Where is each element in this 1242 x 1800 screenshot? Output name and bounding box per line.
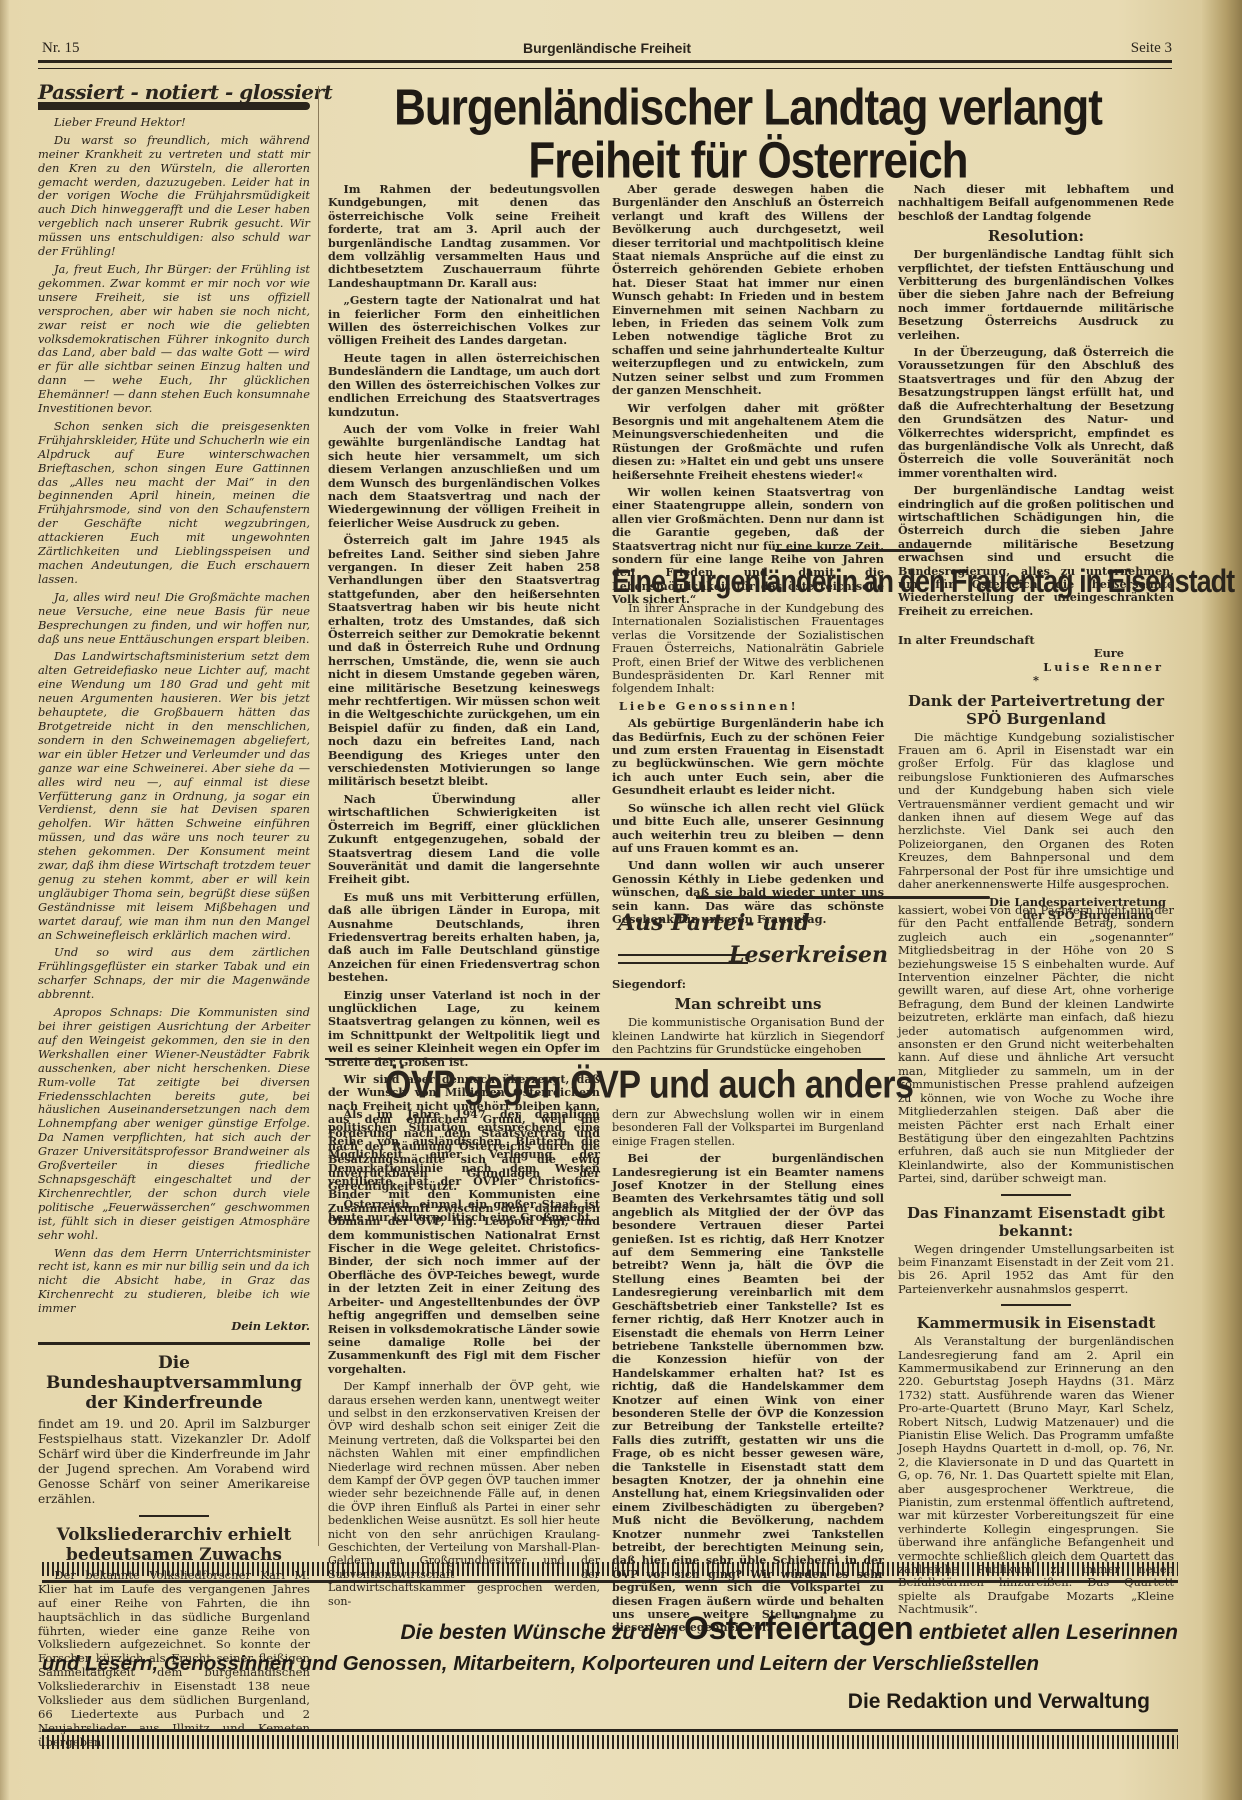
aus-partei-heading: Aus Partei- und Leserkreisen [612, 910, 892, 970]
easter-rule-top [42, 1580, 1178, 1583]
headline-line-2: Freiheit für Österreich [318, 135, 1178, 188]
finanzamt-body: Wegen dringender Umstellungsarbeiten ist… [898, 1243, 1174, 1297]
masthead-rule [38, 60, 1172, 69]
kolumne-paragraph: Apropos Schnaps: Die Kommunisten sind be… [38, 1006, 310, 1242]
main-headline: Burgenländischer Landtag verlangt Freihe… [318, 82, 1178, 188]
short-divider [139, 1515, 209, 1517]
kolumne-paragraph: Du warst so freundlich, mich während mei… [38, 134, 310, 259]
letter-paragraph: So wünsche ich allen recht viel Glück un… [612, 802, 884, 856]
kolumne-paragraph: Schon senken sich die preisgesenkten Frü… [38, 420, 310, 587]
landtag-paragraph: Aber gerade deswegen haben die Burgenlän… [612, 183, 884, 398]
kolumne-paragraph: Wenn das dem Herrn Unterrichtsminister r… [38, 1247, 310, 1317]
kolumne-paragraph: Ja, freut Euch, Ihr Bürger: der Frühling… [38, 263, 310, 416]
resolution-paragraph: In der Überzeugung, daß Österreich die V… [898, 346, 1174, 480]
finanzamt-heading: Das Finanzamt Eisenstadt gibt bekannt: [898, 1204, 1174, 1240]
dank-heading: Dank der Parteivertretung der SPÖ Burgen… [898, 692, 1174, 728]
section-divider [38, 1342, 310, 1345]
ovp-paragraph: dern zur Abwechslung wollen wir in einem… [612, 1108, 884, 1148]
kolumne-column: Passiert - notiert - glossiert Lieber Fr… [38, 86, 310, 1754]
resolution-paragraph: Der burgenländische Landtag fühlt sich v… [898, 248, 1174, 342]
siegendorf-body: Die kommunistische Organisation Bund der… [612, 1016, 884, 1056]
volksliederarchiv-heading: Volksliederarchiv erhielt bedeutsamen Zu… [38, 1525, 310, 1565]
masthead: Nr. 15 Burgenländische Freiheit Seite 3 [42, 38, 1172, 58]
kolumne-paragraph: Das Landwirtschaftsministerium setzt dem… [38, 650, 310, 942]
dank-body: Die mächtige Kundgebung sozialistischer … [898, 731, 1174, 892]
kolumne-signature: Dein Lektor. [38, 1320, 310, 1334]
salutation: Lieber Freund Hektor! [38, 116, 310, 130]
newspaper-title: Burgenländische Freiheit [42, 40, 1172, 56]
easter-post: entbietet allen Leserinnen [919, 1621, 1178, 1644]
siegendorf-body-continued: kassiert, wobei von den Pächtern nicht n… [898, 904, 1174, 1186]
easter-rule-bottom [42, 1729, 1178, 1732]
ovp-paragraph: Als im Jahre 1947 der damaligen politisc… [328, 1108, 600, 1376]
aus-partei-heading-1: Aus Partei- und [618, 910, 810, 936]
letter-greeting: Liebe Genossinnen! [612, 700, 884, 713]
kolumne-heading: Passiert - notiert - glossiert [38, 86, 310, 100]
short-divider [1001, 1304, 1071, 1306]
kammermusik-heading: Kammermusik in Eisenstadt [898, 1314, 1174, 1332]
landtag-paragraph: Heute tagen in allen österreichischen Bu… [328, 352, 600, 419]
decorative-border-bottom [42, 1735, 1178, 1749]
kolumne-paragraph: Und so wird aus dem zärtlichen Frühlings… [38, 946, 310, 1002]
landtag-paragraph: Es muß uns mit Verbitterung erfüllen, da… [328, 891, 600, 985]
right-column-lower: kassiert, wobei von den Pächtern nicht n… [898, 904, 1174, 1621]
landtag-paragraph: Einzig unser Vaterland ist noch in der u… [328, 989, 600, 1069]
landtag-paragraph: Wir verfolgen daher mit größter Besorgni… [612, 402, 884, 482]
ovp-column-2: dern zur Abwechslung wollen wir in einem… [612, 1108, 884, 1639]
swash-divider [890, 896, 990, 899]
page-edge-left [0, 0, 10, 1800]
landtag-intro: Nach dieser mit lebhaftem und nachhaltig… [898, 183, 1174, 223]
siegendorf-heading: Man schreibt uns [612, 995, 884, 1013]
aus-partei-heading-2: Leserkreisen [729, 942, 888, 968]
newspaper-page: Nr. 15 Burgenländische Freiheit Seite 3 … [0, 0, 1242, 1800]
landtag-paragraph: Nach Überwindung aller wirtschaftlichen … [328, 793, 600, 887]
letter-closing: In alter Freundschaft [898, 634, 1174, 647]
landtag-paragraph: „Gestern tagte der Nationalrat und hat i… [328, 294, 600, 348]
landtag-paragraph: Österreich galt im Jahre 1945 als befrei… [328, 534, 600, 789]
ovp-column-1: Als im Jahre 1947 der damaligen politisc… [328, 1108, 600, 1612]
frauentag-headline: Eine Burgenländerin an den Frauentag in … [612, 563, 1174, 600]
landtag-column-3: Nach dieser mit lebhaftem und nachhaltig… [898, 183, 1174, 622]
kinderfreunde-heading: Die Bundeshauptversammlung der Kinderfre… [38, 1353, 310, 1413]
ovp-headline: ÖVP gegen ÖVP und auch anders [325, 1063, 955, 1108]
landtag-paragraph: Im Rahmen der bedeutungsvollen Kundgebun… [328, 183, 600, 290]
siegendorf-column: Siegendorf: Man schreibt uns Die kommuni… [612, 978, 884, 1061]
frauentag-column-2: In alter Freundschaft Eure Luise Renner … [898, 602, 1174, 922]
easter-highlight: Osterfeiertagen [684, 1610, 913, 1646]
letter-eure: Eure [898, 647, 1174, 660]
section-rule [325, 1058, 885, 1060]
kolumne-paragraph: Ja, alles wird neu! Die Großmächte mache… [38, 591, 310, 647]
swash-divider [775, 549, 935, 552]
swash-divider [612, 896, 892, 899]
easter-line-2: und Lesern, Genossinnen und Genossen, Mi… [42, 1652, 1178, 1676]
frauentag-intro: In ihrer Ansprache in der Kundgebung des… [612, 602, 884, 696]
letter-paragraph: Als gebürtige Burgenländerin habe ich da… [612, 717, 884, 797]
kinderfreunde-body: findet am 19. und 20. April im Salzburge… [38, 1417, 310, 1507]
landtag-column-2: Aber gerade deswegen haben die Burgenlän… [612, 183, 884, 611]
landtag-paragraph: Auch der vom Volke in freier Wahl gewähl… [328, 423, 600, 530]
headline-line-1: Burgenländischer Landtag verlangt [318, 82, 1178, 135]
easter-pre: Die besten Wünsche zu den [400, 1621, 678, 1644]
frauentag-column-1: In ihrer Ansprache in der Kundgebung des… [612, 602, 884, 930]
easter-line-1: Die besten Wünsche zu den Osterfeiertage… [42, 1610, 1178, 1647]
letter-signature: Luise Renner [898, 661, 1174, 674]
short-divider [1001, 1194, 1071, 1196]
column-rule [318, 86, 319, 1546]
place-label: Siegendorf: [612, 978, 884, 991]
decorative-border-top [42, 1562, 1178, 1576]
page-number: Seite 3 [1131, 40, 1172, 57]
asterisk-divider: * [898, 674, 1174, 687]
page-edge-right [1202, 0, 1242, 1800]
resolution-heading: Resolution: [898, 227, 1174, 245]
easter-signature: Die Redaktion und Verwaltung [42, 1690, 1178, 1714]
